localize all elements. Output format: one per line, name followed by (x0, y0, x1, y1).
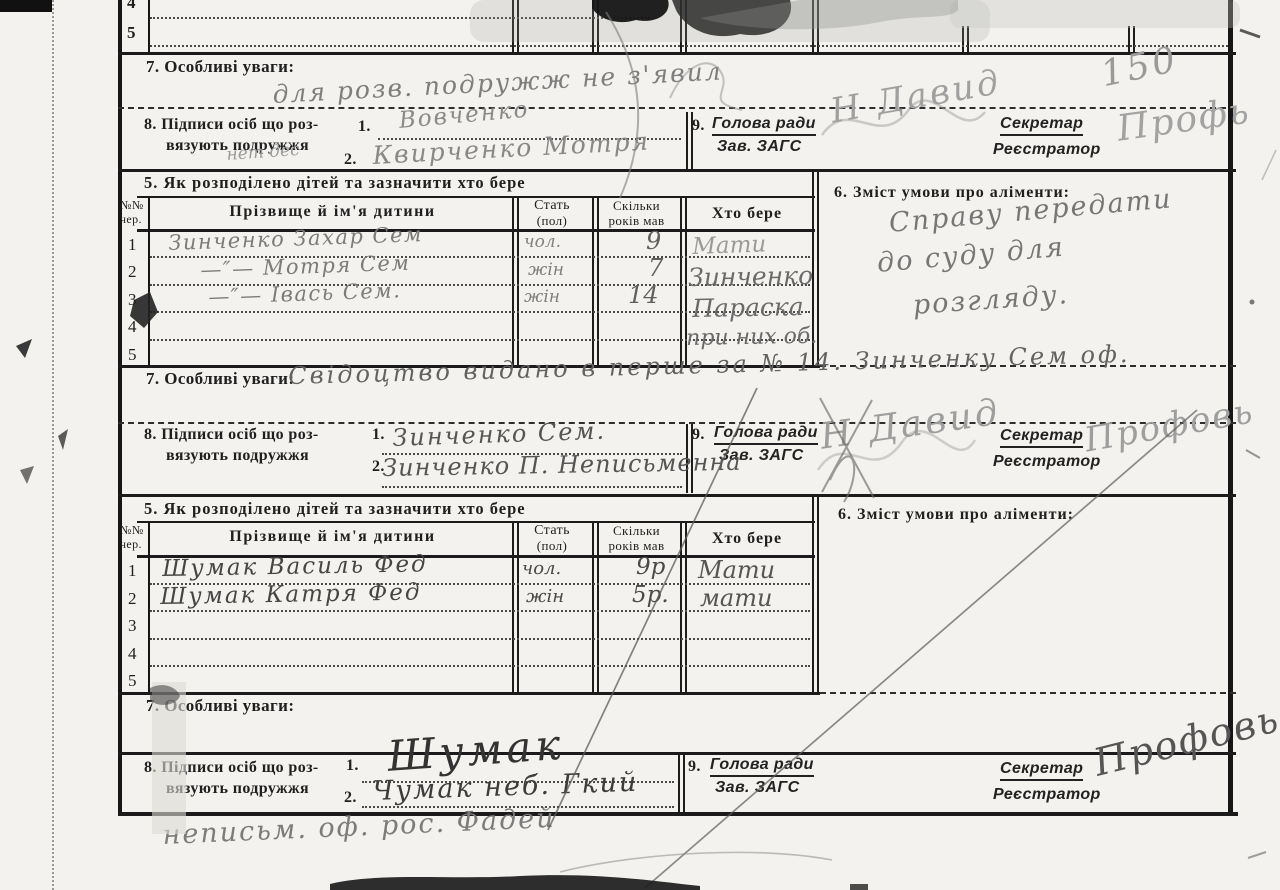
registry-form-scan: 4 5 7. Особливі уваги: 8. Підписи осіб щ… (0, 0, 1280, 890)
ink-speck (58, 429, 68, 450)
pencil-flourish (820, 398, 874, 502)
scan-edge-mark (330, 875, 700, 890)
ink-speck (130, 292, 158, 328)
scan-smudge (152, 682, 186, 834)
scan-smudge (950, 0, 1240, 28)
ink-speck (20, 466, 34, 484)
pencil-stroke (560, 852, 832, 872)
scan-edge-mark (0, 0, 52, 12)
pencil-scribble (670, 63, 742, 110)
pencil-stroke (645, 410, 1197, 888)
ink-speck (1240, 30, 1260, 37)
pencil-stroke (1262, 150, 1276, 180)
scan-artifacts (0, 0, 1280, 890)
pencil-scribble (822, 101, 985, 135)
ink-speck (1248, 852, 1266, 858)
ink-speck (1246, 450, 1260, 458)
ink-speck (16, 339, 32, 358)
ink-speck (1250, 300, 1255, 305)
pencil-stroke (548, 388, 757, 830)
scan-edge-mark (850, 884, 868, 890)
